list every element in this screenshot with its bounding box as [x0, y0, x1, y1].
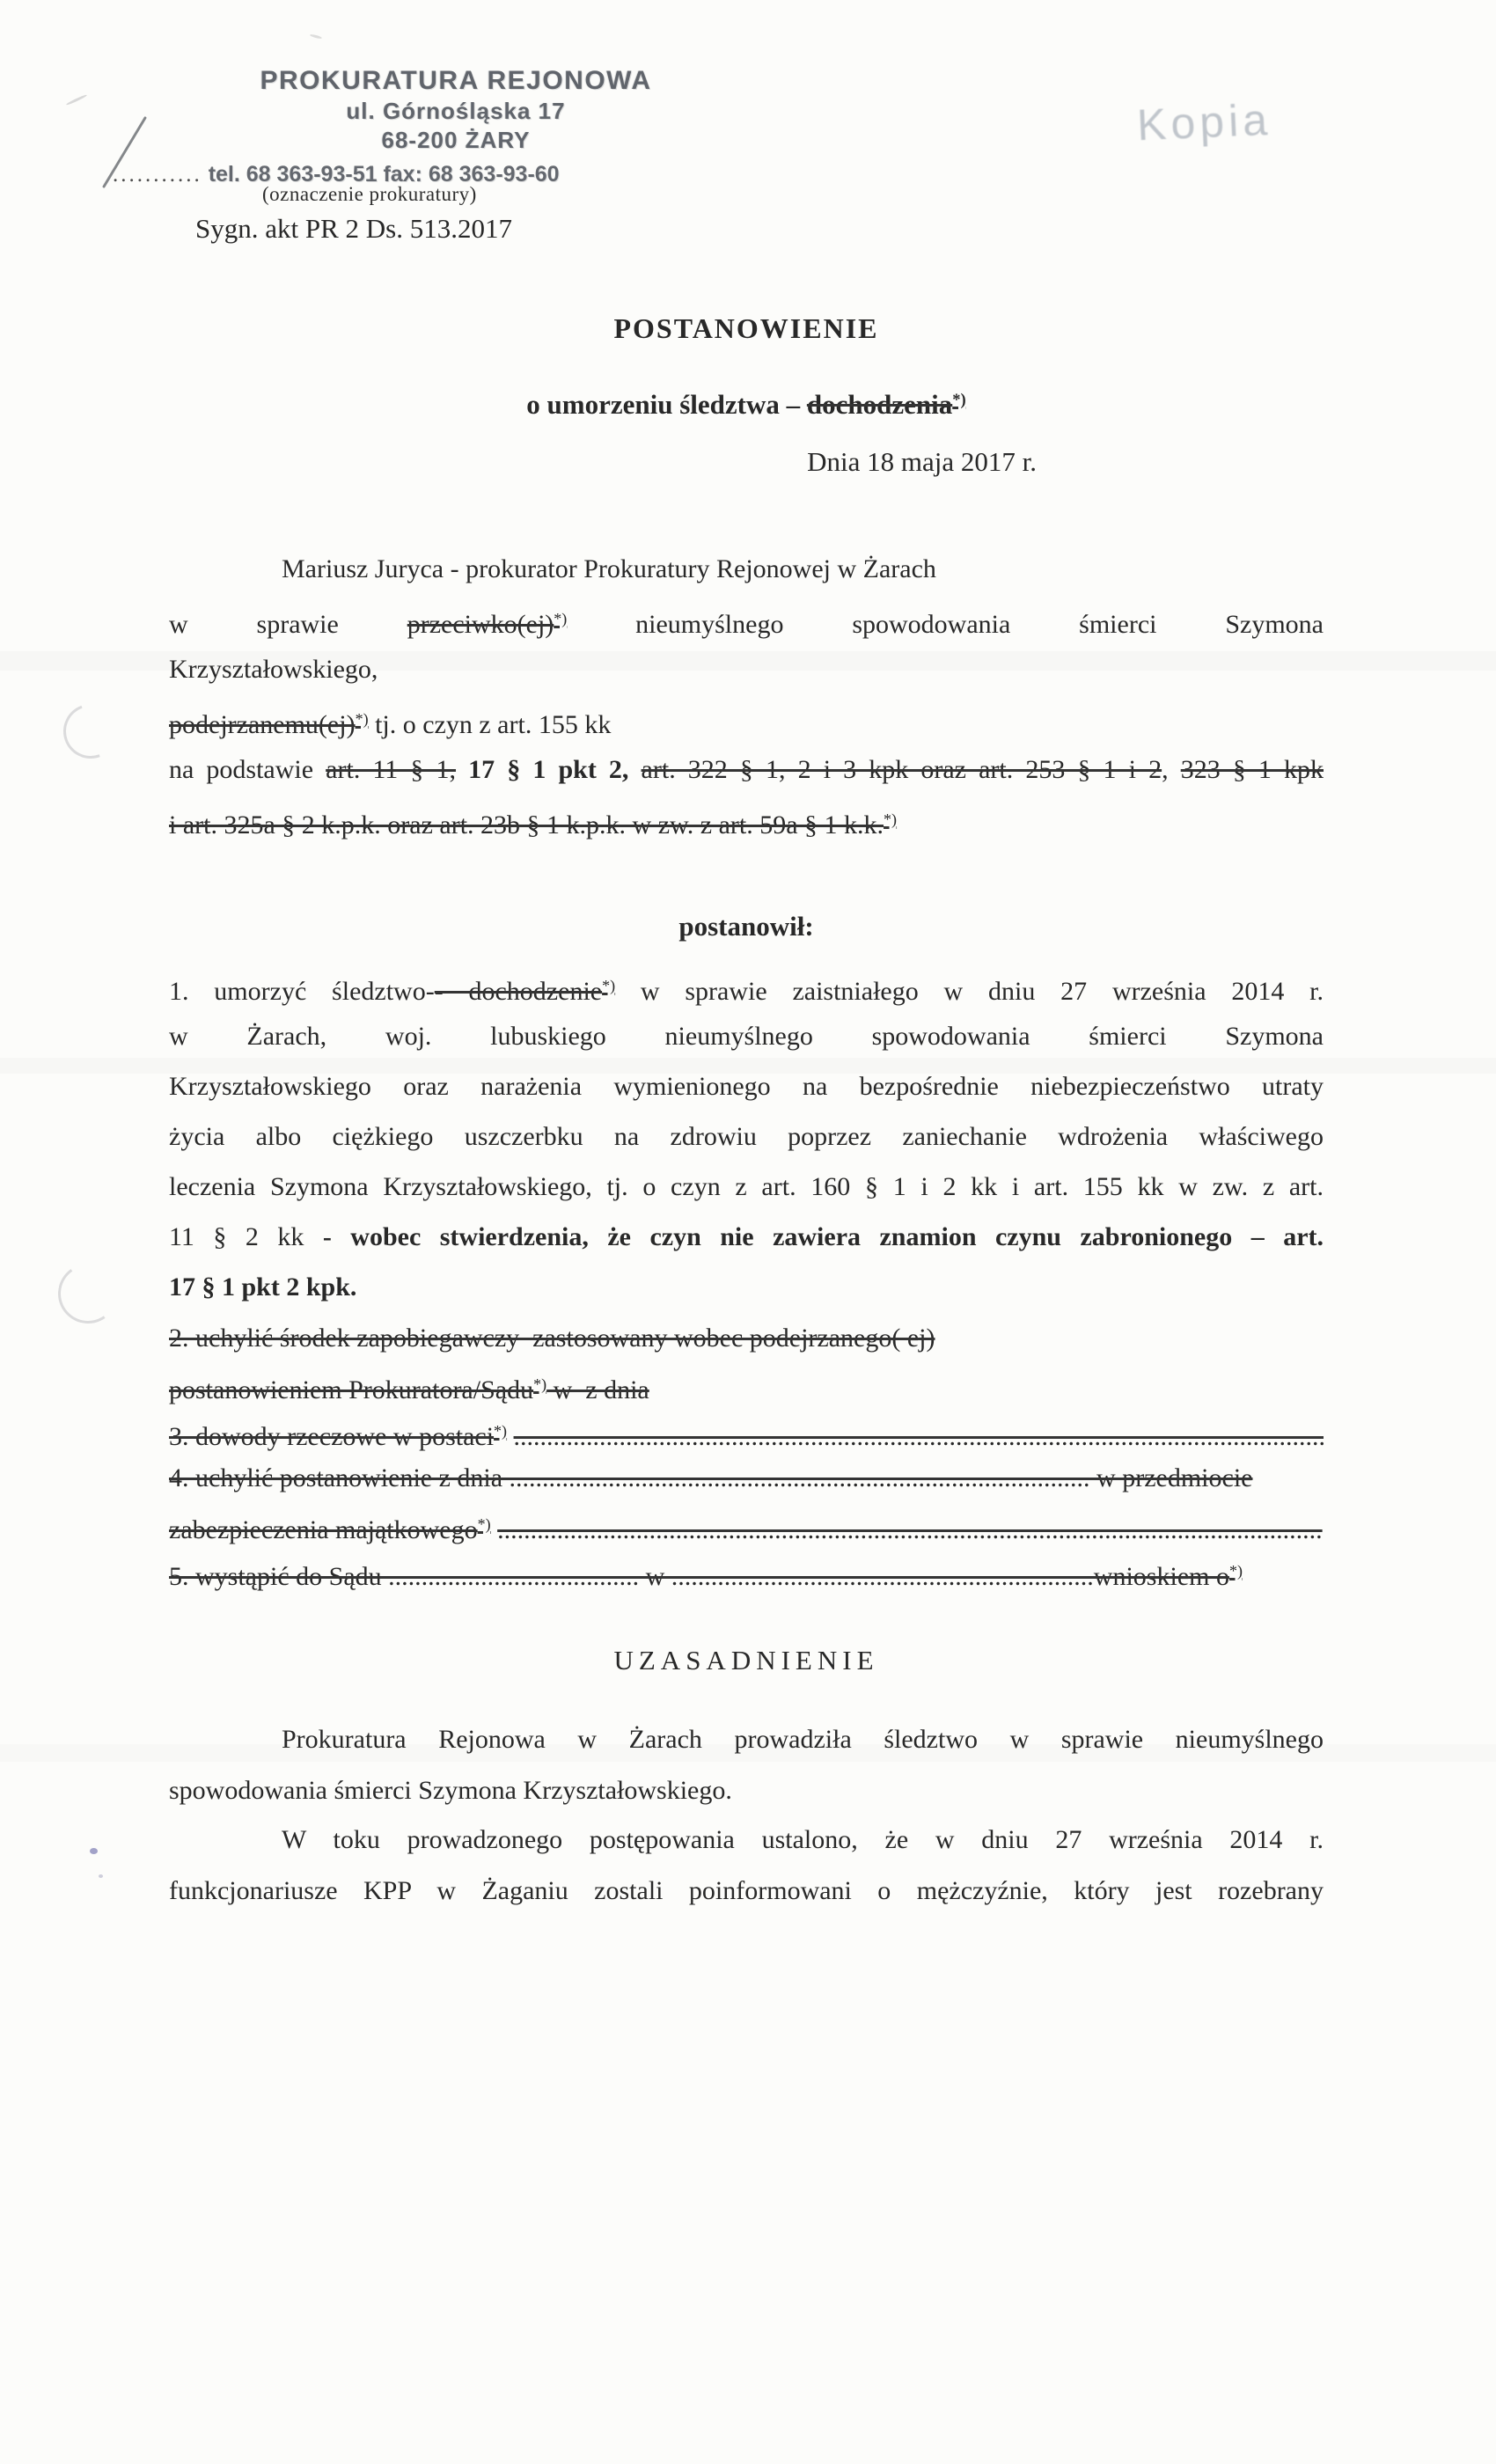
- item5-line-1: 5. wystąpić do Sądu ....................…: [169, 1548, 1324, 1595]
- form-dotted-line: ...........: [113, 163, 202, 187]
- intro-line-3: Krzyształowskiego,: [169, 644, 1324, 694]
- text-segment: - dochodzenie: [435, 977, 602, 1006]
- pen-speck: [310, 33, 322, 40]
- just-p2-line-1: W toku prowadzonego postępowania ustalon…: [169, 1815, 1324, 1866]
- text-segment: *): [884, 810, 897, 828]
- text-segment: w z dnia: [546, 1375, 649, 1404]
- document-page: PROKURATURA REJONOWA ul. Górnośląska 17 …: [0, 0, 1496, 2464]
- text-segment: ........................................…: [514, 1422, 1324, 1451]
- intro-section: Mariusz Juryca - prokurator Prokuratury …: [169, 544, 1324, 845]
- text-segment: w sprawie: [169, 610, 407, 639]
- text-segment: [507, 1422, 514, 1451]
- form-caption: (oznaczenie prokuratury): [262, 183, 477, 206]
- text-segment: 3. dowody rzeczowe w postaci: [169, 1422, 494, 1451]
- case-number: Sygn. akt PR 2 Ds. 513.2017: [195, 211, 512, 246]
- item2-line-2: postanowieniem Prokuratora/Sądu*) w z dn…: [169, 1361, 1324, 1408]
- text-segment: art. 11 § 1,: [326, 755, 456, 784]
- item1-line-7: 17 § 1 pkt 2 kpk.: [169, 1262, 1324, 1312]
- just-p2-line-2: funkcjonariusze KPP w Żaganiu zostali po…: [169, 1866, 1324, 1917]
- text-segment: 1. umorzyć śledztwo-: [169, 977, 435, 1006]
- text-segment: 5. wystąpić do Sądu ....................…: [169, 1562, 1229, 1591]
- text-segment: przeciwko(ej): [407, 610, 554, 639]
- ink-speck: [90, 1848, 98, 1854]
- struck-form-items: 2. uchylić środek zapobiegawczy zastosow…: [169, 1315, 1324, 1595]
- text-segment: i art. 325a § 2 k.p.k. oraz art. 23b § 1…: [169, 810, 884, 840]
- intro-line-2: w sprawie przeciwko(ej)*) nieumyślnego s…: [169, 594, 1324, 644]
- item2-line-1: 2. uchylić środek zapobiegawczy zastosow…: [169, 1315, 1324, 1361]
- document-date: Dnia 18 maja 2017 r.: [169, 444, 1324, 480]
- text-segment: w sprawie zaistniałego w dniu 27 wrześni…: [615, 977, 1324, 1006]
- text-segment: podejrzanemu(ej): [169, 710, 356, 739]
- text-segment: ........................................…: [497, 1515, 1323, 1544]
- item1-line-5: leczenia Szymona Krzyształowskiego, tj. …: [169, 1162, 1324, 1212]
- text-segment: art. 322 § 1, 2 i 3 kpk oraz art. 253 § …: [642, 755, 1162, 784]
- stamp-street: ul. Górnośląska 17: [245, 97, 667, 126]
- text-segment: [491, 1515, 498, 1544]
- item4-line-1: 4. uchylić postanowienie z dnia ........…: [169, 1455, 1324, 1501]
- justification-paragraph-1: Prokuratura Rejonowa w Żarach prowadziła…: [169, 1714, 1324, 1816]
- just-p1-line-1: Prokuratura Rejonowa w Żarach prowadziła…: [169, 1714, 1324, 1765]
- text-segment: *): [356, 710, 369, 728]
- stamp-office-name: PROKURATURA REJONOWA: [245, 65, 667, 97]
- text-segment: *): [602, 977, 615, 994]
- pen-circle-mark: [55, 695, 127, 767]
- justification-heading: UZASADNIENIE: [169, 1642, 1324, 1679]
- text-segment: 11 § 2 kk: [169, 1222, 323, 1251]
- stamp-city: 68-200 ŻARY: [245, 126, 667, 155]
- subtitle-struck-text: dochodzenia: [807, 389, 952, 420]
- intro-line-5: na podstawie art. 11 § 1, 17 § 1 pkt 2, …: [169, 744, 1324, 795]
- footnote-marker: *): [952, 391, 966, 409]
- item1-line-3: Krzyształowskiego oraz narażenia wymieni…: [169, 1061, 1324, 1111]
- text-segment: 17 § 1 pkt 2,: [468, 755, 628, 784]
- justification-paragraph-2: W toku prowadzonego postępowania ustalon…: [169, 1815, 1324, 1917]
- text-segment: *): [478, 1515, 491, 1533]
- document-subtitle: o umorzeniu śledztwa – dochodzenia*): [169, 382, 1324, 423]
- decision-heading: postanowił:: [169, 908, 1324, 945]
- text-segment: postanowieniem Prokuratora/Sądu: [169, 1375, 533, 1404]
- subtitle-text: o umorzeniu śledztwa –: [526, 389, 807, 420]
- text-segment: *): [1229, 1562, 1243, 1580]
- item3-line-1: 3. dowody rzeczowe w postaci*) .........…: [169, 1408, 1324, 1455]
- item4-line-2: zabezpieczenia majątkowego*) ...........…: [169, 1501, 1324, 1548]
- document-title: POSTANOWIENIE: [169, 310, 1324, 347]
- intro-line-6: i art. 325a § 2 k.p.k. oraz art. 23b § 1…: [169, 795, 1324, 845]
- text-segment: 323 § 1 kpk: [1181, 755, 1324, 784]
- pen-speck: [66, 94, 88, 106]
- text-segment: [628, 755, 641, 784]
- intro-line-1: Mariusz Juryca - prokurator Prokuratury …: [169, 544, 1324, 594]
- item1-line-1: 1. umorzyć śledztwo-- dochodzenie*) w sp…: [169, 961, 1324, 1011]
- office-stamp: PROKURATURA REJONOWA ul. Górnośląska 17 …: [245, 65, 667, 155]
- item1-line-6: 11 § 2 kk - wobec stwierdzenia, że czyn …: [169, 1212, 1324, 1262]
- just-p1-line-2: spowodowania śmierci Szymona Krzyształow…: [169, 1765, 1324, 1816]
- text-segment: *): [554, 610, 567, 627]
- text-segment: zabezpieczenia majątkowego: [169, 1515, 478, 1544]
- text-segment: nieumyślnego spowodowania śmierci Szymon…: [567, 610, 1324, 639]
- text-segment: na podstawie: [169, 755, 326, 784]
- text-segment: *): [494, 1422, 507, 1440]
- ink-speck: [99, 1874, 103, 1878]
- text-segment: [456, 755, 468, 784]
- item1-line-4: życia albo ciężkiego uszczerbku na zdrow…: [169, 1111, 1324, 1162]
- pen-circle-mark: [54, 1259, 123, 1329]
- text-segment: - wobec stwierdzenia, że czyn nie zawier…: [323, 1222, 1324, 1251]
- text-segment: ,: [1162, 755, 1181, 784]
- item1-line-2: w Żarach, woj. lubuskiego nieumyślnego s…: [169, 1011, 1324, 1061]
- text-segment: *): [533, 1375, 546, 1393]
- copy-watermark: Kopia: [1136, 94, 1272, 151]
- text-segment: 4. uchylić postanowienie z dnia ........…: [169, 1463, 1252, 1492]
- text-segment: tj. o czyn z art. 155 kk: [369, 710, 612, 739]
- decision-item-1: 1. umorzyć śledztwo-- dochodzenie*) w sp…: [169, 961, 1324, 1312]
- intro-line-4: podejrzanemu(ej)*) tj. o czyn z art. 155…: [169, 694, 1324, 744]
- text-segment: 2. uchylić środek zapobiegawczy zastosow…: [169, 1324, 935, 1353]
